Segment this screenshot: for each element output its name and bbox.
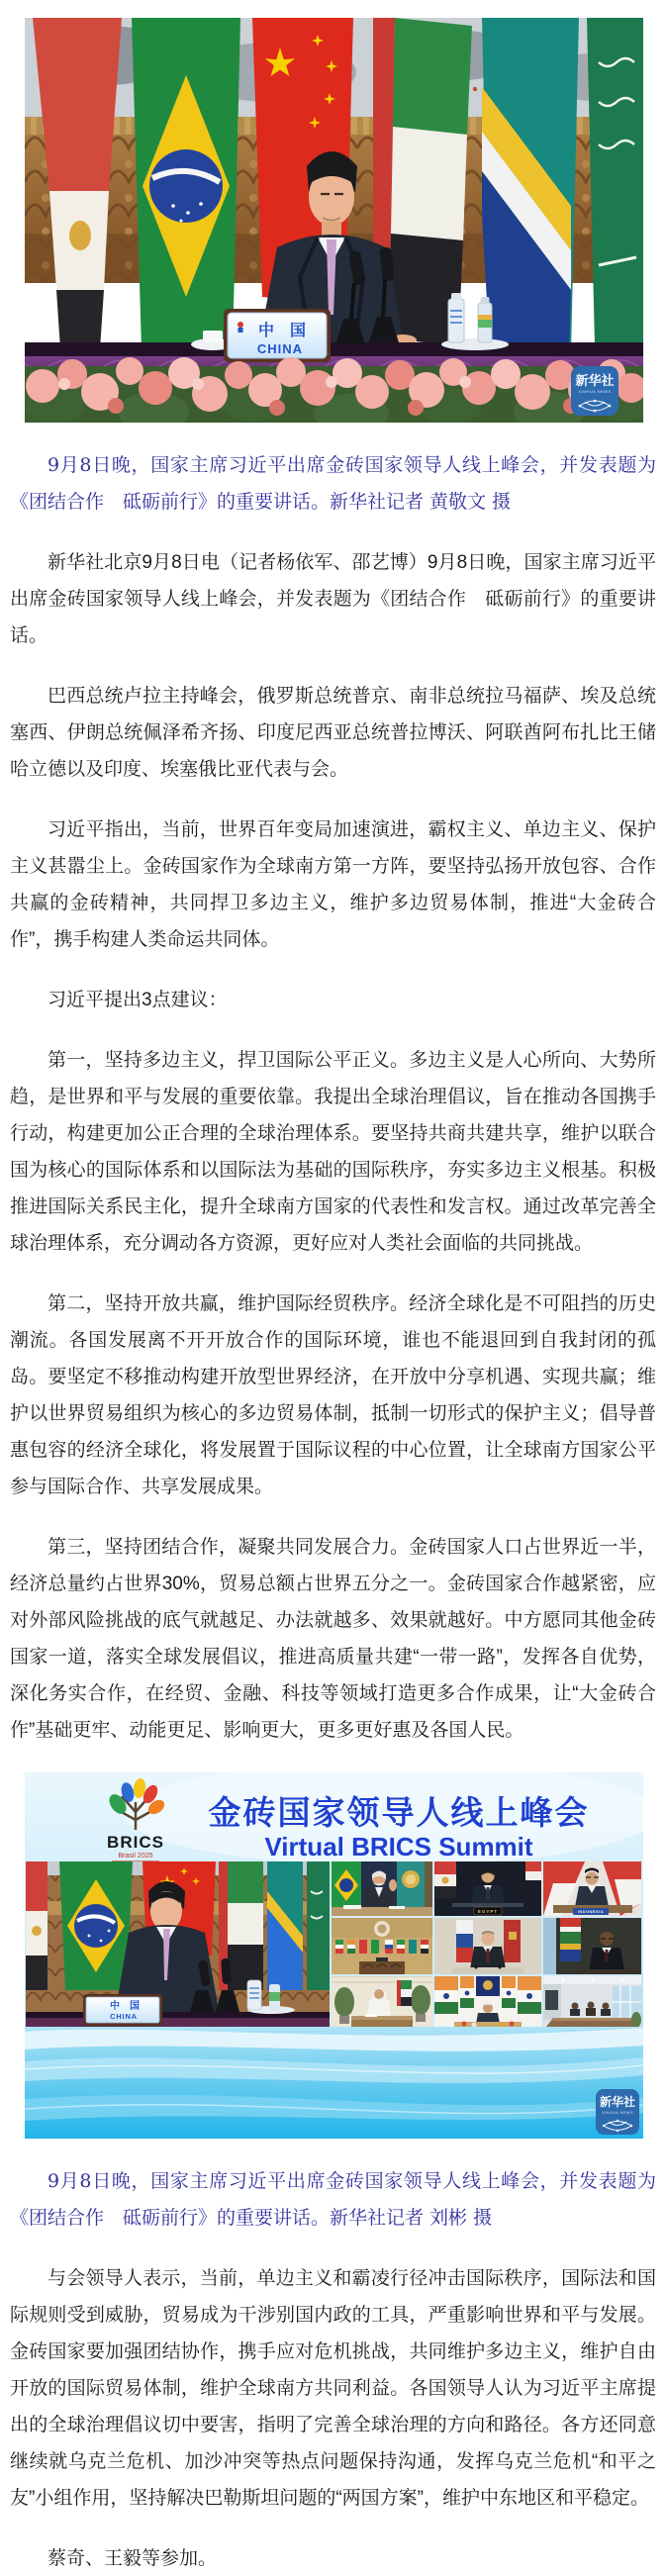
xinhua-logo: 新华社 XINHUA NEWS bbox=[571, 366, 618, 416]
video-cell-russia-putin bbox=[434, 1918, 541, 1974]
xinhua-logo-en: XINHUA NEWS bbox=[578, 389, 612, 394]
brazil-flag bbox=[132, 18, 240, 349]
photo-virtual-summit: BRICS Brasil 2025 金砖国家领导人线上峰会 Virtual BR… bbox=[0, 1772, 666, 2139]
pane-egypt-flag bbox=[26, 1861, 48, 1990]
photo-xi-desk-image: 中 国 CHINA bbox=[25, 18, 643, 423]
xinhua-logo-cn: 新华社 bbox=[600, 2094, 635, 2109]
article-paragraph: 新华社北京9月8日电（记者杨依军、邵艺博）9月8日晚，国家主席习近平出席金砖国家… bbox=[10, 544, 656, 654]
saudi-arabia-flag bbox=[587, 18, 643, 346]
article-page: 中 国 CHINA bbox=[0, 0, 666, 2576]
summit-title-en: Virtual BRICS Summit bbox=[264, 1832, 532, 1861]
xinhua-logo: 新华社 XINHUA NEWS bbox=[596, 2089, 639, 2135]
nameplate-cn-text: 中 国 bbox=[258, 321, 306, 339]
pane-china-nameplate: 中 国 CHINA bbox=[83, 1994, 162, 2026]
pane-nameplate-cn: 中 国 bbox=[110, 1999, 140, 2012]
video-cell-india bbox=[434, 1976, 541, 2028]
photo-xi-desk: 中 国 CHINA bbox=[0, 18, 666, 423]
article-paragraph: 与会领导人表示，当前，单边主义和霸凌行径冲击国际秩序，国际法和国际规则受到威胁，… bbox=[10, 2260, 656, 2517]
article-paragraph: 习近平指出，当前，世界百年变局加速演进，霸权主义、单边主义、保护主义甚嚣尘上。金… bbox=[10, 811, 656, 958]
photo-virtual-summit-image: BRICS Brasil 2025 金砖国家领导人线上峰会 Virtual BR… bbox=[25, 1772, 643, 2139]
pane-saudi-flag bbox=[307, 1861, 330, 1990]
video-cell-indonesia-prabowo: INDONESIA bbox=[543, 1861, 641, 1916]
flower-row bbox=[25, 357, 643, 423]
pane-south-africa-flag bbox=[267, 1861, 303, 1990]
brics-logo-text: BRICS bbox=[107, 1833, 164, 1852]
uae-mini-flag bbox=[397, 1980, 412, 2006]
xinhua-logo-en: XINHUA NEWS bbox=[602, 2111, 633, 2115]
article-paragraph: 第二，坚持开放共赢，维护国际经贸秩序。经济全球化是不可阻挡的历史潮流。各国发展离… bbox=[10, 1286, 656, 1505]
indonesia-nameplate-text: INDONESIA bbox=[578, 1910, 605, 1914]
article-paragraph: 第一，坚持多边主义，捍卫国际公平正义。多边主义是人心所向、大势所趋，是世界和平与… bbox=[10, 1042, 656, 1262]
video-cell-iran-pezeshkian bbox=[332, 1918, 432, 1974]
sa-flag-drape bbox=[560, 1918, 581, 1961]
nameplate-en-text: CHINA bbox=[257, 341, 303, 356]
pane-nameplate-en: CHINA bbox=[110, 2012, 138, 2021]
video-cell-egypt-sisi: EGYPT bbox=[434, 1861, 541, 1916]
video-cell-south-africa-ramaphosa bbox=[543, 1918, 641, 1974]
video-pane-china: 中 国 CHINA bbox=[26, 1861, 330, 2027]
article-paragraph: 第三，坚持团结合作，凝聚共同发展合力。金砖国家人口占世界近一半，经济总量约占世界… bbox=[10, 1529, 656, 1749]
egypt-nameplate-text: EGYPT bbox=[478, 1909, 498, 1914]
pane-brazil-flag bbox=[59, 1861, 133, 1990]
wave-band bbox=[25, 2027, 643, 2139]
article-paragraph: 习近平提出3点建议： bbox=[10, 982, 656, 1018]
xinhua-logo-cn: 新华社 bbox=[575, 373, 614, 388]
pane-desk bbox=[26, 2012, 330, 2027]
video-cell-brazil-lula bbox=[332, 1861, 432, 1916]
video-cell-uae-khaled bbox=[332, 1976, 432, 2027]
photo-summit-caption: 9月8日晚，国家主席习近平出席金砖国家领导人线上峰会，并发表题为《团结合作 砥砺… bbox=[10, 2163, 656, 2237]
article-paragraph: 巴西总统卢拉主持峰会，俄罗斯总统普京、南非总统拉马福萨、埃及总统塞西、伊朗总统佩… bbox=[10, 678, 656, 788]
video-cell-ethiopia bbox=[543, 1976, 641, 2028]
article-paragraph: 蔡奇、王毅等参加。 bbox=[10, 2540, 656, 2576]
summit-title-cn: 金砖国家领导人线上峰会 bbox=[209, 1794, 590, 1831]
brics-logo-subtext: Brasil 2025 bbox=[118, 1853, 152, 1860]
china-nameplate: 中 国 CHINA bbox=[224, 309, 331, 362]
photo-top-caption: 9月8日晚，国家主席习近平出席金砖国家领导人线上峰会，并发表题为《团结合作 砥砺… bbox=[10, 447, 656, 521]
south-africa-flag bbox=[482, 18, 579, 352]
